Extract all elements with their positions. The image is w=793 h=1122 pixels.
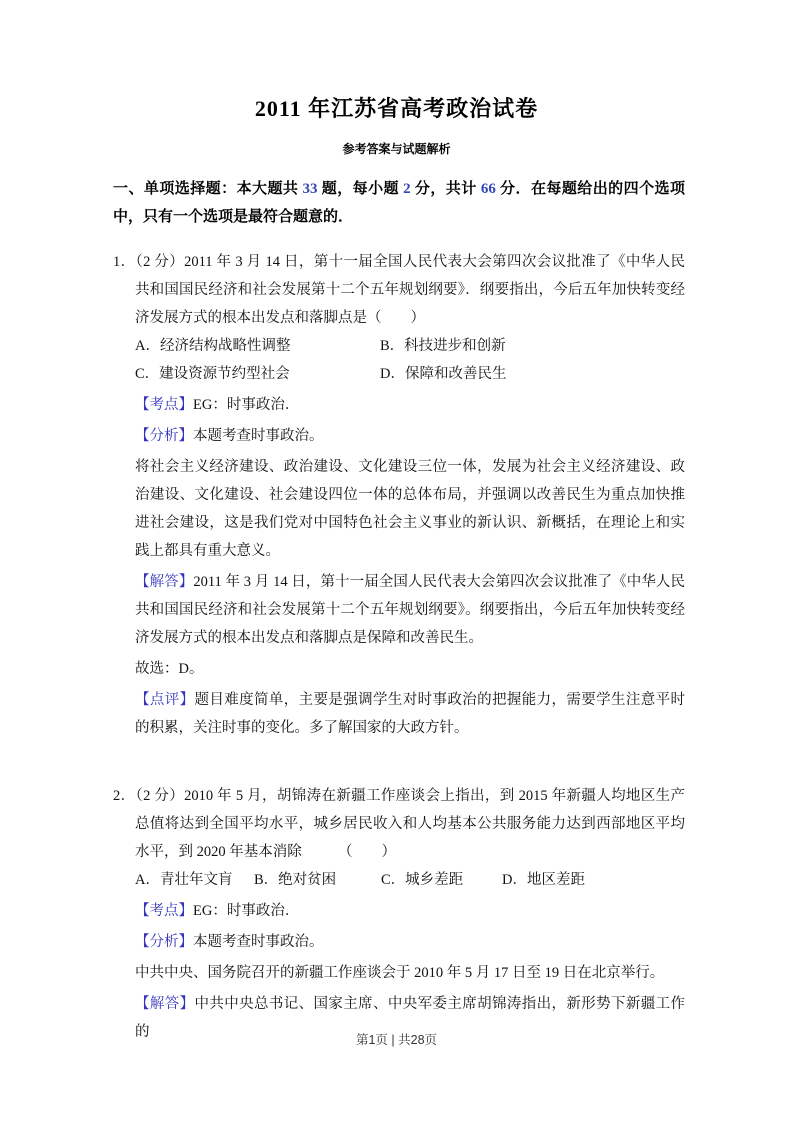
question-number: 1． bbox=[113, 254, 135, 270]
solution-tag: 【解答】 bbox=[135, 574, 193, 590]
question-number: 2． bbox=[113, 788, 135, 804]
solution-block: 【解答】2011 年 3 月 14 日，第十一届全国人民代表大会第四次会议批准了… bbox=[135, 568, 685, 652]
exam-point-block: 【考点】EG：时事政治． bbox=[135, 391, 685, 419]
question-1-options: A．经济结构战略性调整 B．科技进步和创新 C．建设资源节约型社会 D．保障和改… bbox=[135, 332, 685, 388]
question-score: （2 分） bbox=[135, 254, 184, 270]
option-text: 科技进步和创新 bbox=[404, 338, 506, 354]
option-label: B． bbox=[254, 872, 278, 888]
option-text: 城乡差距 bbox=[405, 872, 463, 888]
option-label: A． bbox=[135, 338, 160, 354]
option-c: C．城乡差距 bbox=[381, 866, 502, 894]
analysis-paragraph-text: 将社会主义经济建设、政治建设、文化建设三位一体，发展为社会主义经济建设、政治建设… bbox=[135, 459, 685, 559]
document-subtitle: 参考答案与试题解析 bbox=[0, 140, 793, 157]
section-heading-text-1: 一、单项选择题：本大题共 bbox=[113, 181, 303, 197]
exam-point-text: EG：时事政治． bbox=[193, 397, 299, 413]
question-score: （2 分） bbox=[135, 788, 184, 804]
total-points-value: 66 bbox=[481, 181, 496, 197]
analysis-text: 本题考查时事政治。 bbox=[193, 428, 324, 444]
option-text: 建设资源节约型社会 bbox=[159, 366, 290, 382]
option-label: D． bbox=[380, 366, 405, 382]
points-per-question-value: 2 bbox=[403, 181, 411, 197]
option-text: 青壮年文肓 bbox=[160, 872, 233, 888]
exam-point-text: EG：时事政治． bbox=[193, 903, 299, 919]
analysis-paragraph: 中共中央、国务院召开的新疆工作座谈会于 2010 年 5 月 17 日至 19 … bbox=[135, 959, 685, 987]
question-stem-text: 2010 年 5 月，胡锦涛在新疆工作座谈会上指出，到 2015 年新疆人均地区… bbox=[135, 788, 685, 860]
comment-tag: 【点评】 bbox=[135, 692, 195, 708]
analysis-text: 本题考查时事政治。 bbox=[193, 934, 324, 950]
document-title: 2011 年江苏省高考政治试卷 bbox=[0, 92, 793, 123]
document-body: 一、单项选择题：本大题共 33 题，每小题 2 分，共计 66 分．在每题给出的… bbox=[113, 175, 685, 1046]
option-label: B． bbox=[380, 338, 404, 354]
option-b: B．科技进步和创新 bbox=[380, 332, 685, 360]
option-label: C． bbox=[135, 366, 159, 382]
exam-point-tag: 【考点】 bbox=[135, 903, 193, 919]
analysis-block: 【分析】本题考查时事政治。 bbox=[135, 928, 685, 956]
option-d: D．地区差距 bbox=[502, 866, 685, 894]
section-heading-text-3: 分，共计 bbox=[411, 181, 481, 197]
analysis-tag: 【分析】 bbox=[135, 934, 193, 950]
option-label: A． bbox=[135, 872, 160, 888]
answer-line: 故选：D。 bbox=[135, 655, 685, 683]
analysis-block: 【分析】本题考查时事政治。 bbox=[135, 422, 685, 450]
exam-document-page: 2011 年江苏省高考政治试卷 参考答案与试题解析 一、单项选择题：本大题共 3… bbox=[0, 0, 793, 1122]
section-heading-text-2: 题，每小题 bbox=[318, 181, 404, 197]
option-a: A．青壮年文肓 bbox=[135, 866, 254, 894]
comment-block: 【点评】题目难度简单，主要是强调学生对时事政治的把握能力，需要学生注意平时的积累… bbox=[135, 686, 685, 742]
question-stem-text: 2011 年 3 月 14 日，第十一届全国人民代表大会第四次会议批准了《中华人… bbox=[135, 254, 685, 326]
question-2-stem: 2．（2 分）2010 年 5 月，胡锦涛在新疆工作座谈会上指出，到 2015 … bbox=[135, 782, 685, 866]
question-count-value: 33 bbox=[303, 181, 318, 197]
question-1-stem: 1．（2 分）2011 年 3 月 14 日，第十一届全国人民代表大会第四次会议… bbox=[135, 248, 685, 332]
question-2: 2．（2 分）2010 年 5 月，胡锦涛在新疆工作座谈会上指出，到 2015 … bbox=[113, 782, 685, 1046]
page-indicator: 第1页 | 共28页 bbox=[356, 1033, 437, 1047]
question-2-options: A．青壮年文肓 B．绝对贫困 C．城乡差距 D．地区差距 bbox=[135, 866, 685, 894]
option-label: D． bbox=[502, 872, 527, 888]
analysis-paragraph-text: 中共中央、国务院召开的新疆工作座谈会于 2010 年 5 月 17 日至 19 … bbox=[135, 965, 664, 981]
option-label: C． bbox=[381, 872, 405, 888]
solution-text: 2011 年 3 月 14 日，第十一届全国人民代表大会第四次会议批准了《中华人… bbox=[135, 574, 685, 646]
option-b: B．绝对贫困 bbox=[254, 866, 381, 894]
question-1: 1．（2 分）2011 年 3 月 14 日，第十一届全国人民代表大会第四次会议… bbox=[113, 248, 685, 742]
answer-line-text: 故选：D。 bbox=[135, 661, 203, 677]
option-text: 地区差距 bbox=[527, 872, 585, 888]
option-d: D．保障和改善民生 bbox=[380, 360, 685, 388]
analysis-paragraph: 将社会主义经济建设、政治建设、文化建设三位一体，发展为社会主义经济建设、政治建设… bbox=[135, 453, 685, 565]
solution-tag: 【解答】 bbox=[135, 996, 195, 1012]
exam-point-block: 【考点】EG：时事政治． bbox=[135, 897, 685, 925]
section-heading: 一、单项选择题：本大题共 33 题，每小题 2 分，共计 66 分．在每题给出的… bbox=[113, 175, 685, 231]
option-text: 保障和改善民生 bbox=[405, 366, 507, 382]
option-text: 绝对贫困 bbox=[278, 872, 336, 888]
exam-point-tag: 【考点】 bbox=[135, 397, 193, 413]
option-a: A．经济结构战略性调整 bbox=[135, 332, 380, 360]
option-c: C．建设资源节约型社会 bbox=[135, 360, 380, 388]
comment-text: 题目难度简单，主要是强调学生对时事政治的把握能力，需要学生注意平时的积累，关注时… bbox=[135, 692, 685, 736]
analysis-tag: 【分析】 bbox=[135, 428, 193, 444]
page-footer: 第1页 | 共28页 bbox=[0, 1030, 793, 1048]
option-text: 经济结构战略性调整 bbox=[160, 338, 291, 354]
